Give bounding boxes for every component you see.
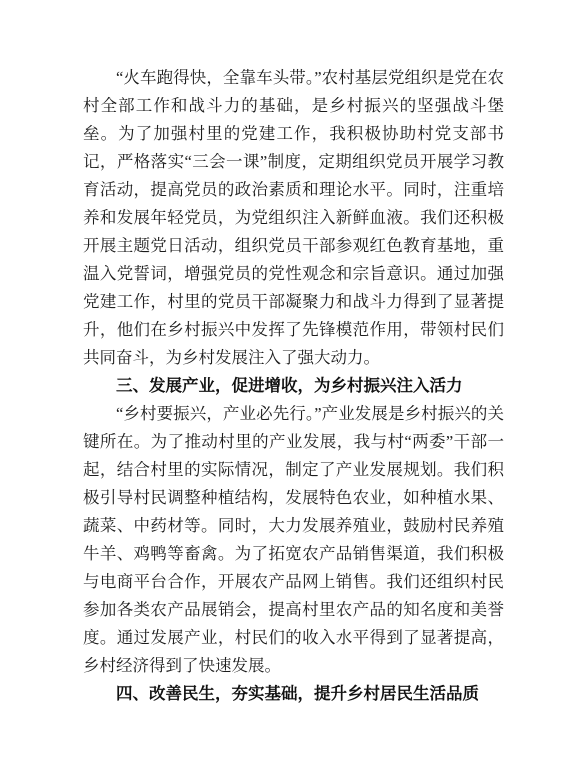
document-page: “火车跑得快，全靠车头带。”农村基层党组织是党在农村全部工作和战斗力的基础，是乡… bbox=[0, 0, 586, 759]
document-body: “火车跑得快，全靠车头带。”农村基层党组织是党在农村全部工作和战斗力的基础，是乡… bbox=[83, 64, 504, 708]
section-heading: 四、改善民生，夯实基础，提升乡村居民生活品质 bbox=[83, 680, 504, 708]
body-paragraph: “乡村要振兴，产业必先行。”产业发展是乡村振兴的关键所在。为了推动村里的产业发展… bbox=[83, 400, 504, 680]
body-paragraph: “火车跑得快，全靠车头带。”农村基层党组织是党在农村全部工作和战斗力的基础，是乡… bbox=[83, 64, 504, 372]
section-heading: 三、发展产业，促进增收，为乡村振兴注入活力 bbox=[83, 372, 504, 400]
